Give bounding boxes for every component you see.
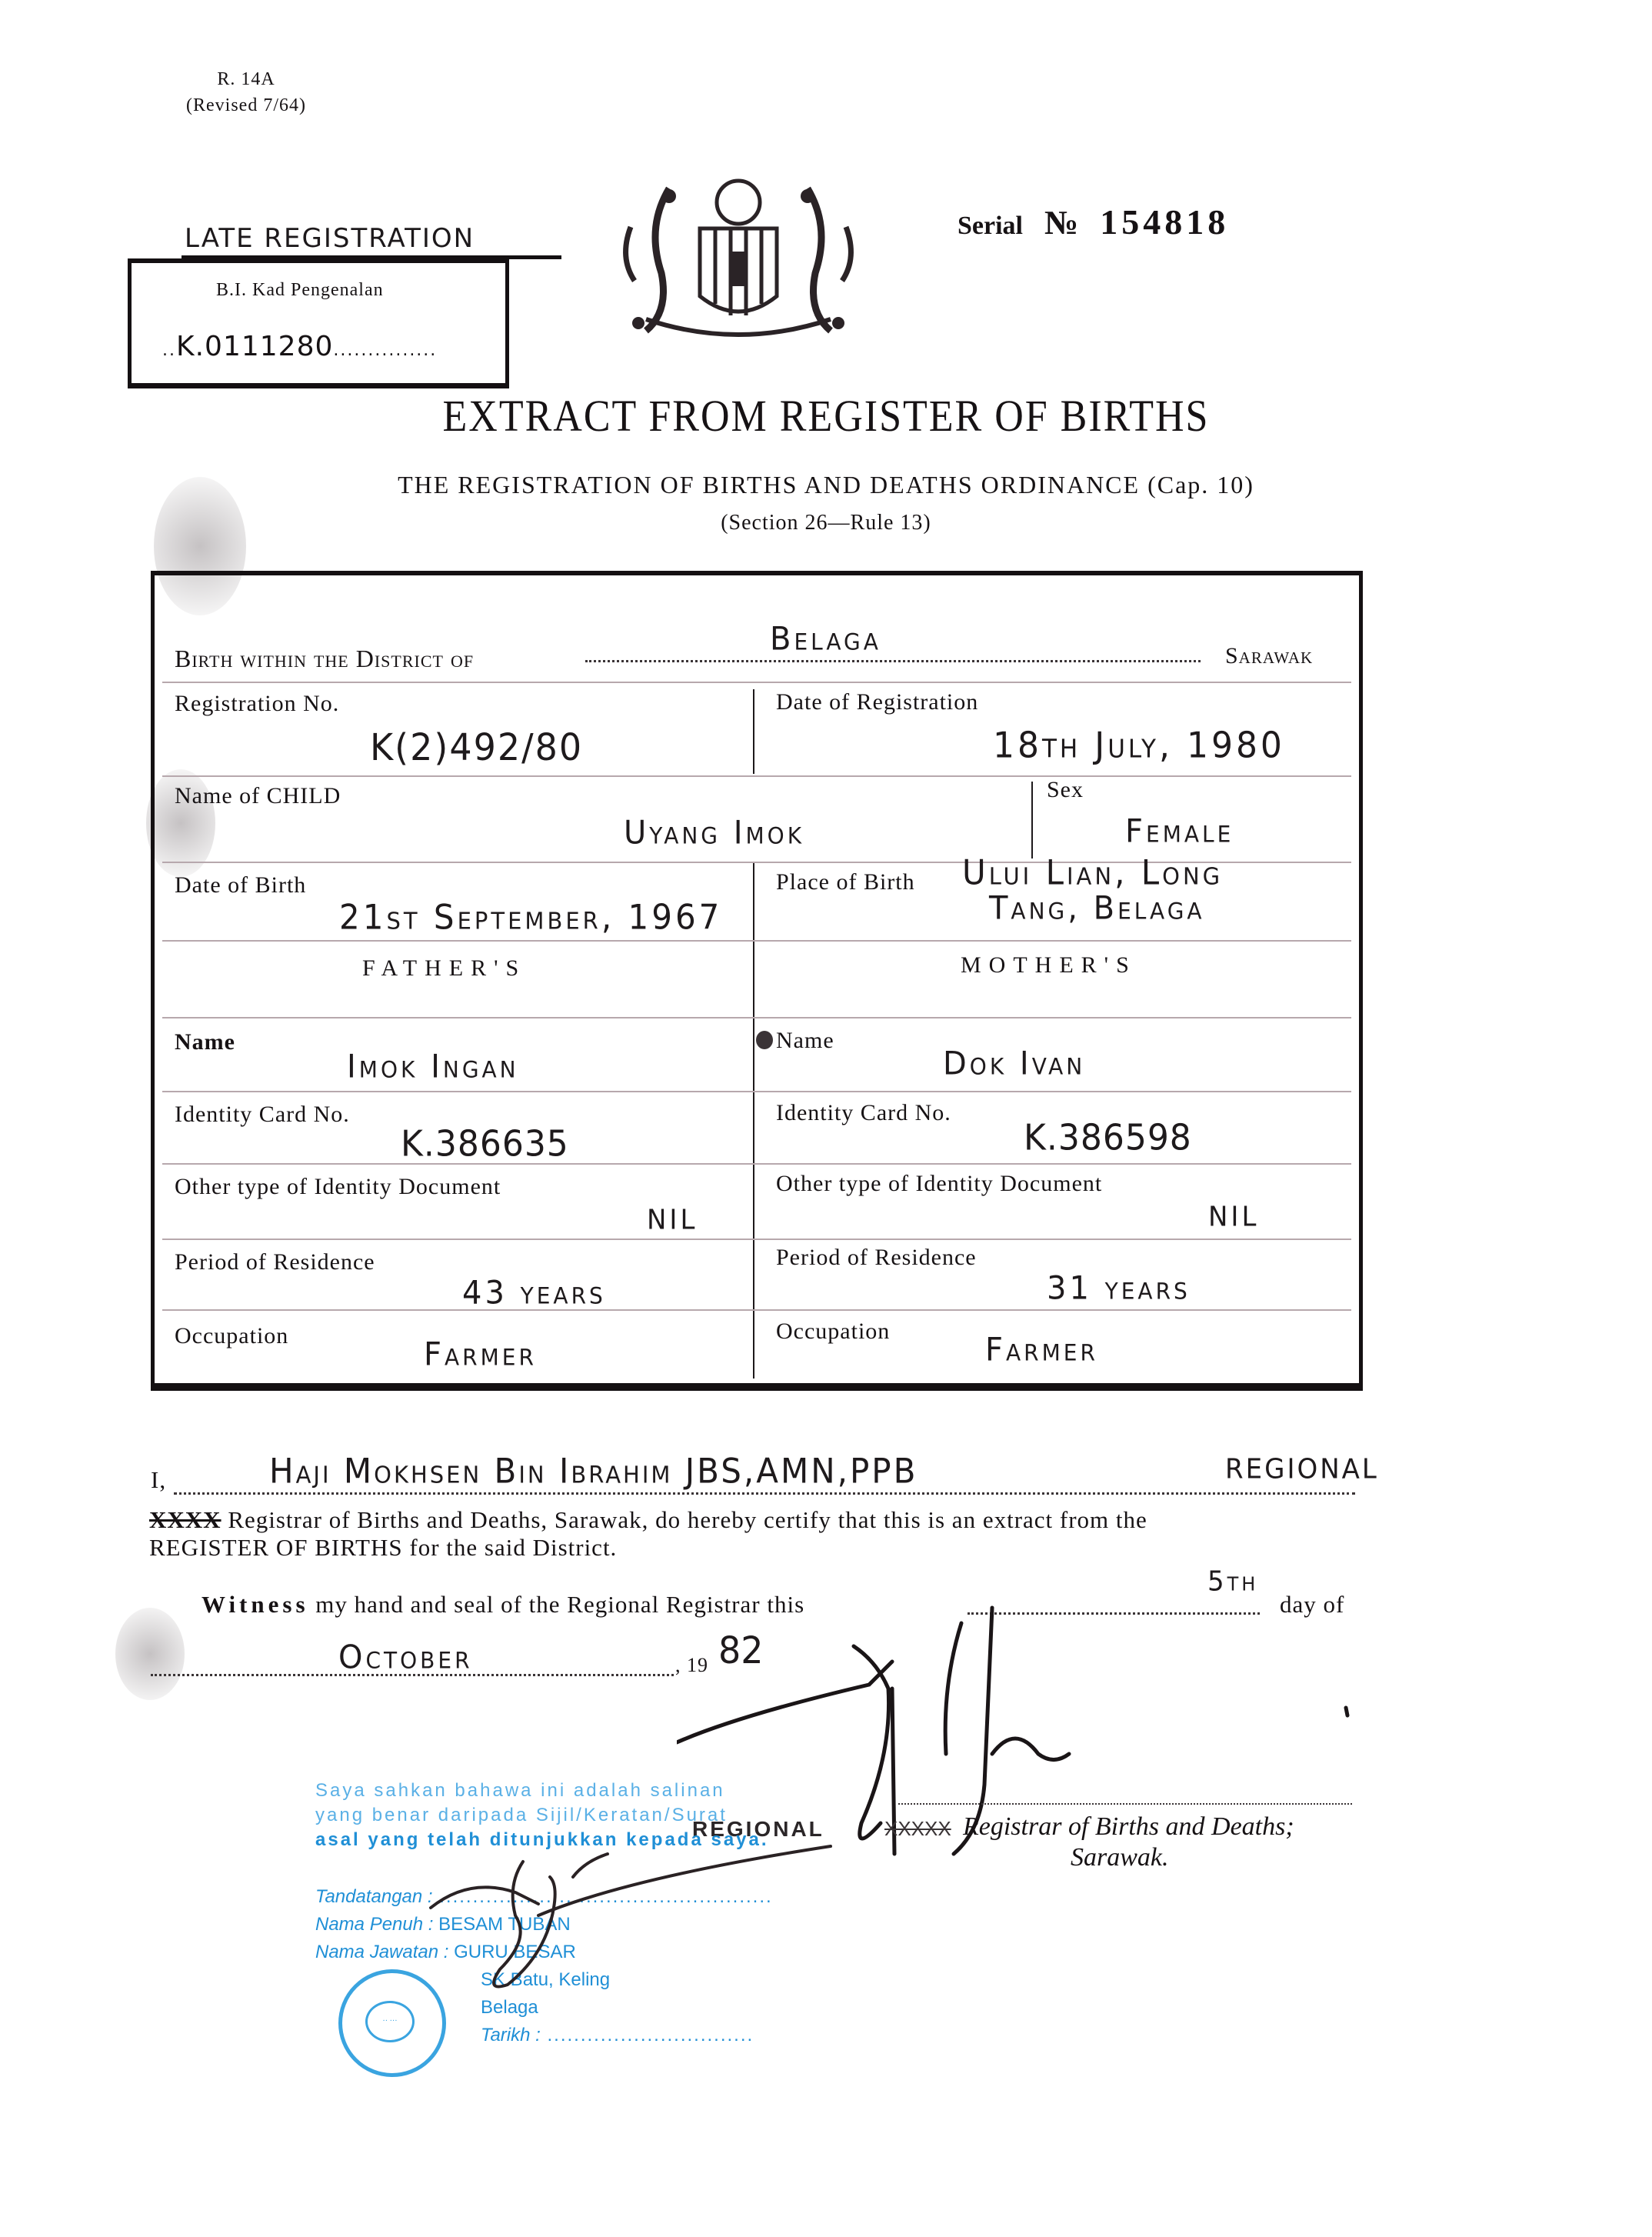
row-divider [162,1309,1351,1311]
mother-name-value: Dok Ivan [943,1045,1085,1082]
date-label: Tarikh : [481,2025,541,2045]
date-of-birth-value: 21st September, 1967 [339,898,722,937]
district-value: Belaga [770,621,881,658]
form-code: R. 14A (Revised 7/64) [154,66,338,118]
child-name-label: Name of CHILD [175,783,341,809]
father-other-id-value: NIL [647,1204,698,1236]
birth-record-table: Birth within the District of Belaga Sara… [151,571,1363,1391]
district-label: Birth within the District of [175,645,474,673]
serial-label: Serial [958,212,1023,241]
malaysia-coat-of-arms-icon [615,165,861,350]
certify-statement-line1: XXXX Registrar of Births and Deaths, Sar… [149,1506,1147,1534]
place-of-birth-line2: Tang, Belaga [989,890,1205,927]
witness-bold: Witness [202,1591,309,1618]
ordinance-title: THE REGISTRATION OF BIRTHS AND DEATHS OR… [0,471,1652,499]
mother-ic-value: K.386598 [1024,1118,1192,1159]
father-ic-label: Identity Card No. [175,1102,350,1128]
registrar-name-dotted-line [174,1492,1355,1495]
serial-value: 154818 [1100,202,1229,242]
place-of-birth-label: Place of Birth [776,869,915,895]
certify-statement-line2: REGISTER OF BIRTHS for the said District… [149,1534,617,1562]
serial-no-symbol: № [1044,203,1078,242]
mother-other-id-label: Other type of Identity Document [776,1171,1102,1197]
id-card-number-field: ..K.0111280............... [162,331,437,362]
mother-residence-label: Period of Residence [776,1245,977,1271]
signature-title: Registrar of Births and Deaths; [963,1812,1294,1842]
signature-title-struck: XXXXX [884,1817,951,1841]
mother-heading: MOTHER'S [961,952,1137,978]
attestation-line2: yang benar daripada Sijil/Keratan/Surat [315,1803,769,1828]
late-registration-title: LATE REGISTRATION [185,223,475,254]
mother-occupation-value: Farmer [985,1332,1098,1369]
father-occupation-label: Occupation [175,1323,288,1349]
signature-dotted-line [898,1803,1352,1805]
row-divider [162,1017,1351,1018]
row-divider [162,1091,1351,1092]
document-title: EXTRACT FROM REGISTER OF BIRTHS [0,391,1652,442]
ink-blot [756,1031,773,1049]
child-name-value: Uyang Imok [624,815,804,852]
registrar-title: REGIONAL [1225,1453,1379,1485]
form-revision: (Revised 7/64) [154,92,338,118]
father-occupation-value: Farmer [424,1336,537,1373]
registrar-name: Haji Mokhsen Bin Ibrahim JBS,AMN,PPB [269,1452,918,1491]
registration-no-value: K(2)492/80 [370,725,583,769]
sex-label: Sex [1047,777,1084,803]
attestation-line1: Saya sahkan bahawa ini adalah salinan [315,1779,769,1803]
day-value: 5th [1207,1565,1258,1598]
column-divider [753,689,754,774]
mother-name-label: Name [776,1028,834,1054]
district-dotted-line [585,660,1201,662]
row-divider [162,1239,1351,1240]
row-divider [162,682,1351,683]
date-of-registration-label: Date of Registration [776,689,978,715]
signature-location: Sarawak. [1071,1843,1169,1872]
mother-occupation-label: Occupation [776,1319,890,1345]
father-other-id-label: Other type of Identity Document [175,1174,501,1200]
column-divider [1031,782,1033,858]
mother-other-id-value: NIL [1208,1201,1259,1233]
father-name-label: Name [175,1029,235,1055]
scan-smudge [115,1608,185,1700]
id-card-box: B.I. Kad Pengenalan ..K.0111280.........… [128,258,509,388]
attester-signature [400,1831,846,2008]
id-card-label: B.I. Kad Pengenalan [216,280,384,301]
sex-value: Female [1125,813,1234,850]
row-divider [162,940,1351,942]
registration-no-label: Registration No. [175,691,339,717]
certify-prefix: I, [151,1466,166,1494]
place-of-birth-line1: Ului Lian, Long [962,853,1223,892]
month-value: October [338,1639,473,1676]
father-residence-label: Period of Residence [175,1249,375,1275]
struck-title: XXXX [149,1506,221,1533]
row-divider [162,775,1351,777]
district-suffix: Sarawak [1225,643,1313,669]
form-code-number: R. 14A [154,66,338,92]
id-card-number: K.0111280 [176,331,333,362]
section-reference: (Section 26—Rule 13) [0,511,1652,535]
mother-ic-label: Identity Card No. [776,1100,951,1126]
father-heading: FATHER'S [362,955,526,982]
father-ic-value: K.386635 [401,1124,569,1165]
date-of-birth-label: Date of Birth [175,872,306,898]
father-name-value: Imok Ingan [347,1048,519,1085]
father-residence-value: 43 years [462,1275,606,1312]
row-divider [162,1163,1351,1165]
date-of-registration-value: 18th July, 1980 [993,725,1285,767]
serial-number: Serial № 154818 [958,202,1229,242]
mother-residence-value: 31 years [1047,1270,1191,1307]
